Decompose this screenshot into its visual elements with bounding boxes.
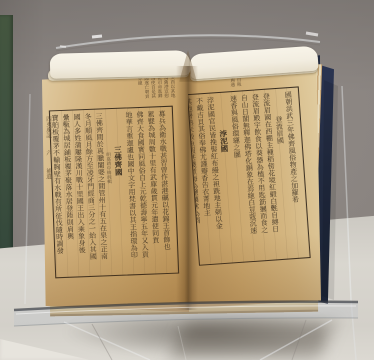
acrylic-leg-left xyxy=(64,322,150,360)
acrylic-top-edge-shade xyxy=(56,38,320,51)
acrylic-leg-center xyxy=(178,326,186,360)
acrylic-glint-right xyxy=(306,33,318,35)
acrylic-glint-corner xyxy=(60,46,66,47)
acrylic-leg-right-inner xyxy=(292,320,306,360)
acrylic-glint-left xyxy=(92,36,102,37)
acrylic-leg-right xyxy=(260,320,332,360)
acrylic-left-edge xyxy=(25,94,30,304)
acrylic-wall-shadow xyxy=(322,80,338,300)
museum-photo-scene: 癸酉以其地為舊港宣慰使司命進卿為使自是其國遂亡朝貢亦絕 募兵為衛水戰甚習曾作湛港… xyxy=(0,0,374,360)
acrylic-cradle xyxy=(0,0,374,360)
acrylic-right-edge xyxy=(342,86,351,300)
